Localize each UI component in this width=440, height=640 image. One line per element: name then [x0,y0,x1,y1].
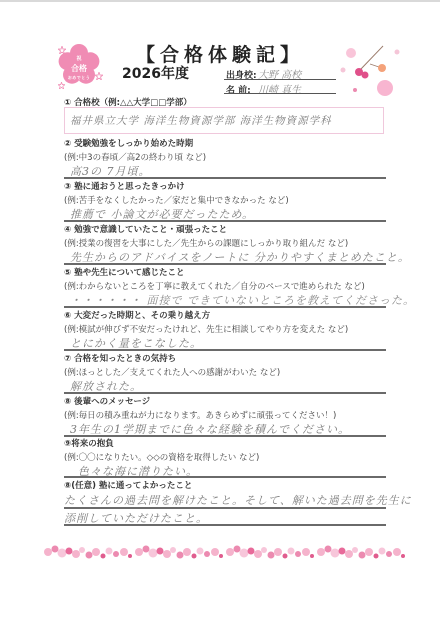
section-3-example: (例:苦手をなくしたかった／家だと集中できなかった など) [64,194,289,206]
answer-rule [64,524,386,526]
section-9-heading: ⑨将来の抱負 [64,437,114,449]
small-star-icon [95,72,103,80]
section-1-answer: 福井県立大学 海洋生物資源学部 海洋生物資源学科 [70,113,332,128]
origin-school-line [224,79,336,80]
section-6-heading: ⑥ 大変だった時期と、その乗り越え方 [64,309,210,321]
section-6-example: (例:模試が伸びず不安だったけれど、先生に相談してやり方を変えた など) [64,323,348,335]
name-label: 名 前: [226,83,251,96]
section-7-heading: ⑦ 合格を知ったときの気持ち [64,352,176,364]
section-2-heading: ② 受験勉強をしっかり始めた時期 [64,137,193,149]
answer-rule [64,177,386,179]
section-8-heading: ⑧ 後輩へのメッセージ [64,395,150,407]
cherry-blossom-garland-icon [42,540,406,566]
section-8-example: (例:毎日の積み重ねが力になります。あきらめずに頑張ってください！) [64,409,336,421]
cherry-blossom-decoration-icon [335,40,405,100]
section-5-example: (例:わからないところを丁寧に教えてくれた／自分のペースで進められた など) [64,280,365,292]
badge-line3: おめでとう [58,73,100,82]
answer-rule [64,306,386,308]
answer-rule [64,349,386,351]
section-7-example: (例:ほっとした／支えてくれた人への感謝がわいた など) [64,366,280,378]
small-star-icon [58,82,65,89]
answer-rule [64,220,386,222]
answer-rule [64,507,386,509]
section-9-example: (例:〇〇になりたい。◇◇の資格を取得したい など) [64,451,259,463]
answer-rule [64,392,386,394]
name-line [224,93,336,94]
section-4-example: (例:授業の復習を大事にした／先生からの課題にしっかり取り組んだ など) [64,237,348,249]
section-3-heading: ③ 塾に通おうと思ったきっかけ [64,180,185,192]
answer-rule [64,263,386,265]
section-4-heading: ④ 勉強で意識していたこと・頑張ったこと [64,223,227,235]
section-10-answer-line1: たくさんの過去問を解けたこと。そして、解いた過去問を先生に [64,492,412,508]
section-10-heading: ⑧(任意) 塾に通ってよかったこと [64,479,192,491]
year-label: 2026年度 [122,63,189,83]
section-5-heading: ⑤ 塾や先生について感じたこと [64,266,185,278]
page-top-border [0,0,440,2]
section-2-example: (例:中3の春頃／高2の終わり頃 など) [64,151,206,163]
answer-rule [64,476,386,478]
